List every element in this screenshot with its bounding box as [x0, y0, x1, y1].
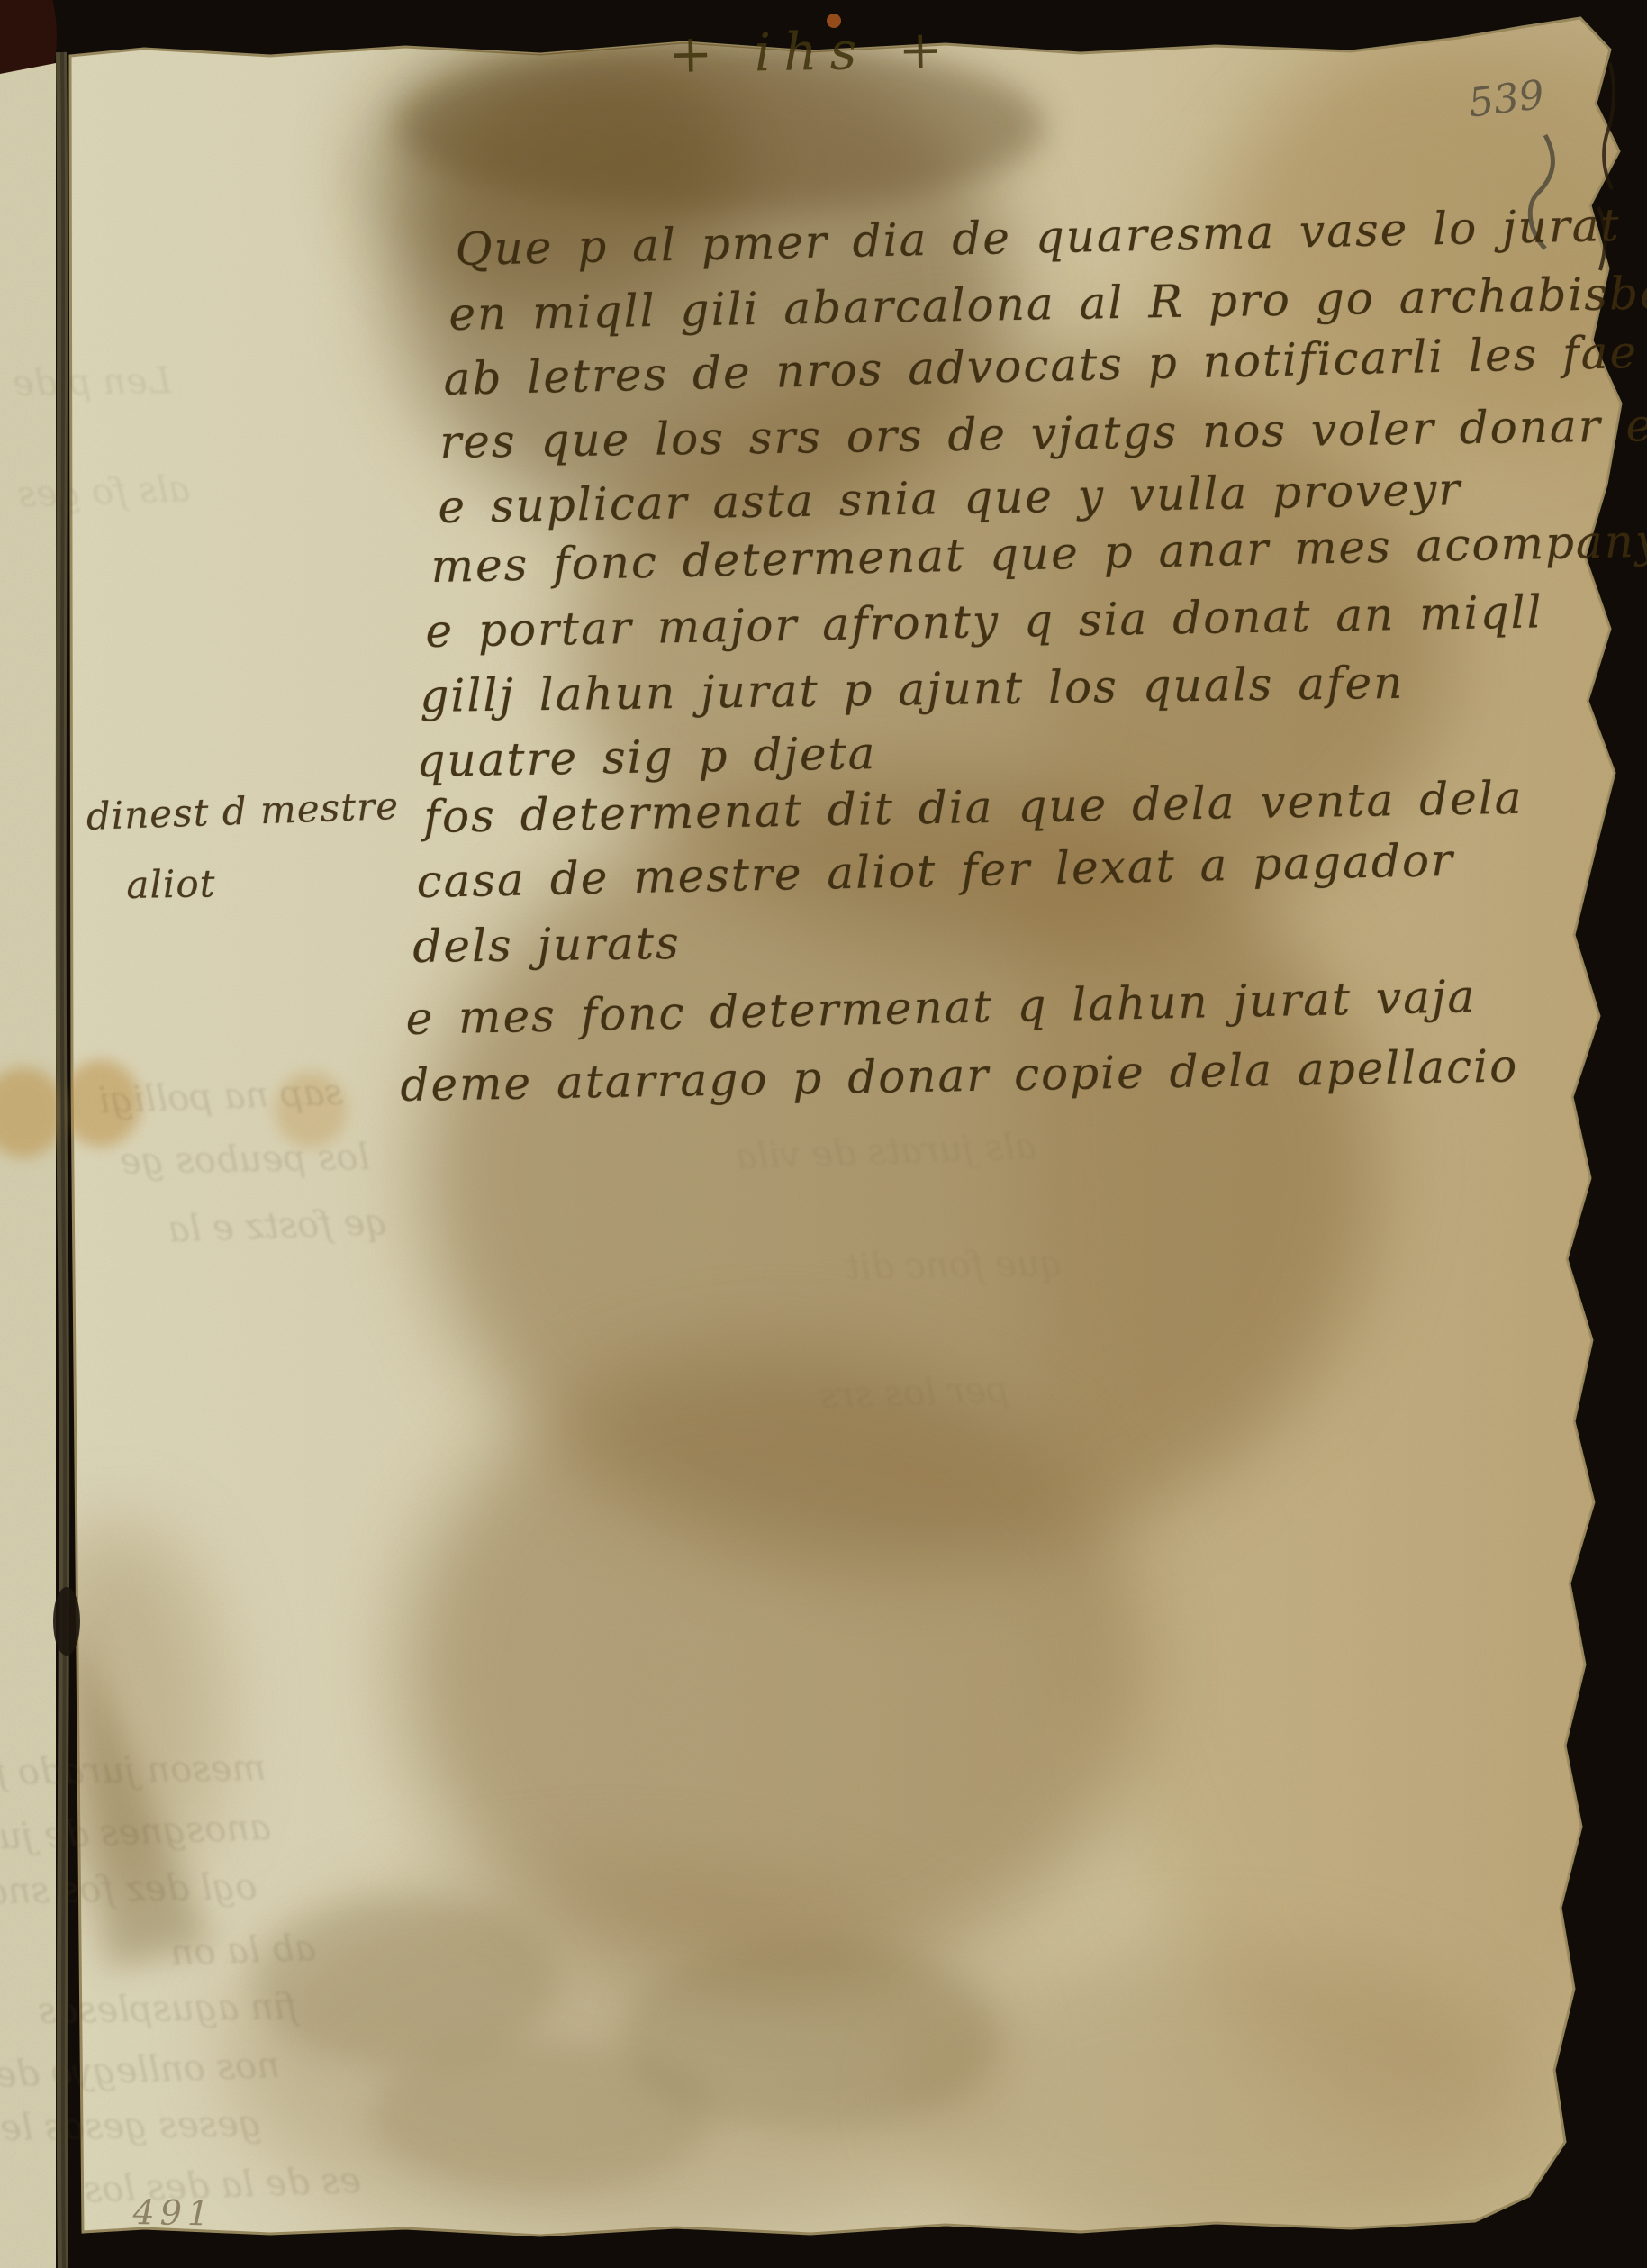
folio-number: 539 [1466, 72, 1547, 127]
ghost-text-line: ogl dez fos snode [0, 1866, 258, 1913]
ghost-text-line: Len p de [13, 360, 172, 404]
ghost-text-line: per los srs [819, 1369, 1010, 1417]
archive-number: 491 [132, 2192, 214, 2234]
manuscript-line: dels jurats [412, 917, 681, 973]
invocation-header: + ihs + [668, 18, 955, 85]
manuscript-scan: + ihs + 539 Que p al pmer dia de quaresm… [0, 0, 1647, 2268]
ghost-text-line: qe fostz e la [167, 1202, 389, 1250]
margin-note-line: aliot [126, 861, 216, 907]
ghost-text-line: fin agusplesos [38, 1986, 298, 2032]
manuscript-line: quatre sig p djeta [416, 727, 877, 787]
ghost-text-line: los peubos ge [120, 1137, 370, 1183]
ghost-text-line: geses gesos lereos [0, 2103, 262, 2151]
ghost-text-line: als fo ges [17, 468, 191, 516]
ghost-text-line: ab la on [170, 1928, 317, 1974]
ghost-text-line: que fonc dit [845, 1243, 1063, 1288]
ghost-text-line: meson jurado fonz [0, 1747, 267, 1795]
ghost-text-line: sap na polligi [98, 1072, 344, 1121]
